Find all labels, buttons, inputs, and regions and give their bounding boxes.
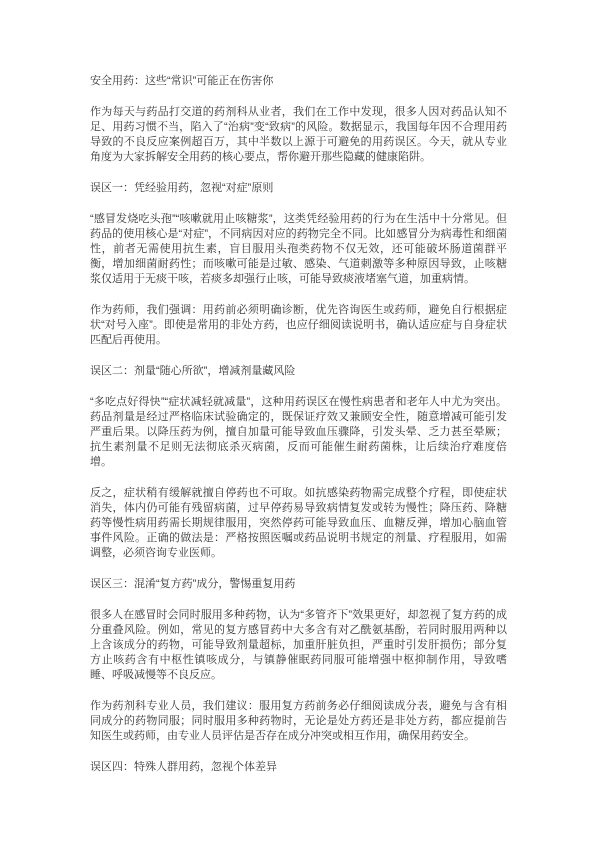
document-title: 安全用药：这些“常识”可能正在伤害你 xyxy=(90,74,507,89)
section-heading-myth-1: 误区一：凭经验用药，忽视“对症”原则 xyxy=(90,181,507,196)
document-page: 安全用药：这些“常识”可能正在伤害你 作为每天与药品打交道的药剂科从业者，我们在… xyxy=(0,0,595,841)
intro-paragraph: 作为每天与药品打交道的药剂科从业者，我们在工作中发现，很多人因对药品认知不足、用… xyxy=(90,105,507,165)
myth-3-paragraph-2: 作为药剂科专业人员，我们建议：服用复方药前务必仔细阅读成分表，避免与含有相同成分… xyxy=(90,699,507,744)
myth-2-paragraph-2: 反之，症状稍有缓解就擅自停药也不可取。如抗感染药物需完成整个疗程，即使症状消失，… xyxy=(90,486,507,561)
section-heading-myth-4: 误区四：特殊人群用药，忽视个体差异 xyxy=(90,760,507,775)
section-heading-myth-2: 误区二：剂量“随心所欲”，增减剂量藏风险 xyxy=(90,364,507,379)
section-heading-myth-3: 误区三：混淆“复方药”成分，警惕重复用药 xyxy=(90,577,507,592)
myth-3-paragraph-1: 很多人在感冒时会同时服用多种药物，认为“多管齐下”效果更好，却忽视了复方药的成分… xyxy=(90,608,507,683)
myth-2-paragraph-1: “多吃点好得快”“症状减轻就减量”，这种用药误区在慢性病患者和老年人中尤为突出。… xyxy=(90,395,507,470)
myth-1-paragraph-1: “感冒发烧吃头孢”“咳嗽就用止咳糖浆”，这类凭经验用药的行为在生活中十分常见。但… xyxy=(90,212,507,287)
myth-1-paragraph-2: 作为药师，我们强调：用药前必须明确诊断，优先咨询医生或药师，避免自行根据症状“对… xyxy=(90,303,507,348)
